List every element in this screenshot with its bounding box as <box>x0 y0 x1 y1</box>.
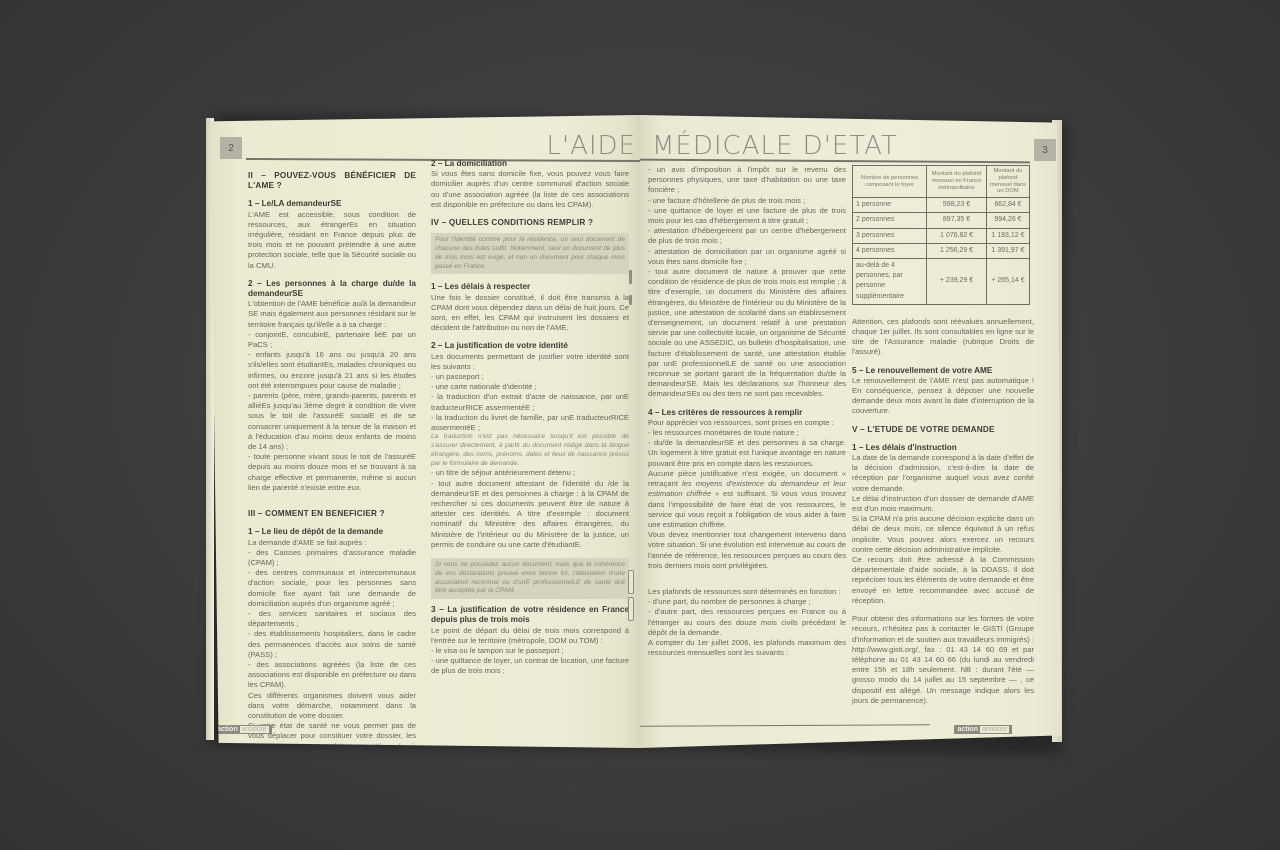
brand-name: action <box>217 726 238 733</box>
section-heading-iii: III – COMMENT EN BENEFICIER ? <box>248 509 416 519</box>
subheading: 1 – Les délais d'instruction <box>852 443 1034 453</box>
table-cell: 1 193,12 € <box>986 228 1029 243</box>
staple <box>628 597 634 621</box>
brand-suffix: antidote <box>240 726 269 733</box>
paragraph: Attention, ces plafonds sont réévalués a… <box>852 317 1034 358</box>
page-number-right: 3 <box>1034 139 1056 161</box>
income-ceiling-table: Nombre de personnes composant le foyer M… <box>852 165 1030 305</box>
subheading: 1 – Le/LA demandeurSE <box>248 199 416 209</box>
header-rule <box>640 159 1030 164</box>
list-item: - le visa ou le tampon sur le passeport … <box>431 646 629 656</box>
brand-suffix: antidote <box>980 726 1009 733</box>
paragraph: Pour obtenir des informations sur les fo… <box>852 614 1034 706</box>
table-header-row: Nombre de personnes composant le foyer M… <box>853 166 1030 198</box>
section-heading-v: V – L'ETUDE DE VOTRE DEMANDE <box>852 425 1034 435</box>
table-row: au-delà de 4 personnes, par personne sup… <box>853 259 1030 305</box>
footer-rule <box>640 724 930 727</box>
column-header: Nombre de personnes composant le foyer <box>853 166 927 198</box>
gutter-mark <box>629 295 632 305</box>
list-item: - des établissements hospitaliers, dans … <box>248 629 416 660</box>
paragraph: Le point de départ du délai de trois moi… <box>431 626 629 646</box>
subheading: 4 – Les critères de ressources à remplir <box>648 408 846 418</box>
table-cell: 994,26 € <box>986 213 1029 228</box>
footer-brand-right: actionantidote <box>954 725 1012 734</box>
paragraph: Aucune pièce justificative n'est exigée,… <box>648 469 846 530</box>
list-item: - des services sanitaires et sociaux des… <box>248 609 416 629</box>
paragraph: Pour apprécier vos ressources, sont pris… <box>648 418 846 428</box>
paragraph: Les plafonds de ressources sont détermin… <box>648 587 846 597</box>
subheading: 2 – La domiciliation <box>431 159 629 169</box>
paragraph: La demande d'AME se fait auprès : <box>248 538 416 548</box>
right-column-1: - un avis d'imposition à l'impôt sur le … <box>648 165 846 658</box>
table-cell: 662,84 € <box>986 198 1029 213</box>
list-item: - attestation de domiciliation par un or… <box>648 247 846 267</box>
table-cell: + 239,29 € <box>927 259 987 305</box>
staple <box>628 570 634 594</box>
gutter-mark <box>629 270 632 284</box>
subheading: 1 – Le lieu de dépôt de la demande <box>248 527 416 537</box>
list-item: - une facture d'hôtellerie de plus de tr… <box>648 196 846 206</box>
list-item: - des Caisses primaires d'assurance mala… <box>248 548 416 568</box>
subheading: 3 – La justification de votre résidence … <box>431 605 629 625</box>
paragraph: A compter du 1er juillet 2006, les plafo… <box>648 638 846 658</box>
table-cell: 3 personnes <box>853 228 927 243</box>
paragraph: Une fois le dossier constitué, il doit ê… <box>431 293 629 334</box>
info-note: La traduction n'est pas nécessaire lorsq… <box>431 433 629 468</box>
list-item: - une carte nationale d'identité ; <box>431 382 629 392</box>
left-page: 2 L'AIDE II – POUVEZ-VOUS BÉNÉFICIER DE … <box>210 115 640 748</box>
list-item: - enfants jusqu'à 16 ans ou jusqu'à 20 a… <box>248 350 416 391</box>
table-cell: au-delà de 4 personnes, par personne sup… <box>853 259 927 305</box>
list-item: - des associations agréées (la liste de … <box>248 660 416 691</box>
info-note: Si vous ne possédez aucun document, mais… <box>431 558 629 599</box>
section-heading-iv: IV – QUELLES CONDITIONS REMPLIR ? <box>431 218 629 228</box>
paragraph: La date de la demande correspond à la da… <box>852 453 1034 494</box>
left-column-2: 2 – La domiciliation Si vous êtes sans d… <box>431 159 629 677</box>
list-item: - des centres communaux et intercommunau… <box>248 568 416 609</box>
left-column-1: II – POUVEZ-VOUS BÉNÉFICIER DE L'AME ? 1… <box>248 163 416 748</box>
table-cell: 598,23 € <box>927 198 987 213</box>
right-column-2: Nombre de personnes composant le foyer M… <box>852 165 1034 706</box>
table-cell: 4 personnes <box>853 243 927 258</box>
table-row: 2 personnes 897,35 € 994,26 € <box>853 213 1030 228</box>
table-row: 4 personnes 1 256,29 € 1 391,97 € <box>853 243 1030 258</box>
table-row: 1 personne 598,23 € 662,84 € <box>853 198 1030 213</box>
paragraph: Vous devez mentionner tout changement in… <box>648 530 846 571</box>
table-cell: 1 076,82 € <box>927 228 987 243</box>
list-item: - une quittance de loyer, un contrat de … <box>431 656 629 676</box>
table-cell: 897,35 € <box>927 213 987 228</box>
paragraph: Le délai d'instruction d'un dossier de d… <box>852 494 1034 514</box>
info-note: Pour l'identité comme pour la résidence,… <box>431 233 629 274</box>
table-cell: 1 personne <box>853 198 927 213</box>
table-cell: 2 personnes <box>853 213 927 228</box>
section-heading-ii: II – POUVEZ-VOUS BÉNÉFICIER DE L'AME ? <box>248 171 416 191</box>
table-cell: + 265,14 € <box>986 259 1029 305</box>
paragraph: Ce recours doit être adressé à la Commis… <box>852 555 1034 606</box>
subheading: 5 – Le renouvellement de votre AME <box>852 366 1034 376</box>
list-item: - tout autre document de nature à prouve… <box>648 267 846 400</box>
list-item: - d'une part, du nombre de personnes à c… <box>648 597 846 607</box>
running-title-left: L'AIDE <box>546 131 636 161</box>
list-item: - attestation d'hébergement par un centr… <box>648 226 846 246</box>
table-row: 3 personnes 1 076,82 € 1 193,12 € <box>853 228 1030 243</box>
list-item: - tout autre document attestant de l'ide… <box>431 479 629 550</box>
list-item: - la traduction du livret de famille, pa… <box>431 413 629 433</box>
list-item: - la traduction d'un extrait d'acte de n… <box>431 392 629 412</box>
footer-brand-left: actionantidote <box>214 725 272 734</box>
list-item: - d'autre part, des ressources perçues e… <box>648 607 846 638</box>
paragraph: Si la CPAM n'a pris aucune décision expl… <box>852 514 1034 555</box>
page-number-left: 2 <box>220 137 242 159</box>
paragraph: Si vous êtes sans domicile fixe, vous po… <box>431 169 629 210</box>
subheading: 2 – La justification de votre identité <box>431 341 629 351</box>
table-cell: 1 256,29 € <box>927 243 987 258</box>
right-page: MÉDICALE D'ETAT 3 - un avis d'imposition… <box>640 115 1070 748</box>
paragraph: Les documents permettant de justifier vo… <box>431 352 629 372</box>
list-item: - toute personne vivant sous le toit de … <box>248 452 416 493</box>
list-item: - les ressources monétaires de toute nat… <box>648 428 846 438</box>
column-header: Montant du plafond mensuel dans un DOM <box>986 166 1029 198</box>
list-item: - du/de la demandeurSE et des personnes … <box>648 438 846 469</box>
subheading: 2 – Les personnes à la charge du/de la d… <box>248 279 416 299</box>
list-item: - une quittance de loyer et une facture … <box>648 206 846 226</box>
list-item: - un titre de séjour antérieurement déte… <box>431 468 629 478</box>
list-item: - un avis d'imposition à l'impôt sur le … <box>648 165 846 196</box>
brand-name: action <box>957 726 978 733</box>
paragraph: Le renouvellement de l'AME n'est pas aut… <box>852 376 1034 417</box>
list-item: - conjointE, concubinE, partenaire liéE … <box>248 330 416 350</box>
paragraph: Ces différents organismes doivent vous a… <box>248 691 416 722</box>
column-header: Montant du plafond mensuel en France mét… <box>927 166 987 198</box>
paragraph: L'AME est accessible, sous condition de … <box>248 210 416 271</box>
paragraph: L'obtention de l'AME bénéficie au/à la d… <box>248 299 416 330</box>
table-cell: 1 391,97 € <box>986 243 1029 258</box>
running-title-right: MÉDICALE D'ETAT <box>652 131 898 161</box>
list-item: - un passeport ; <box>431 372 629 382</box>
list-item: - parents (père, mère, grands-parents, p… <box>248 391 416 452</box>
subheading: 1 – Les délais à respecter <box>431 282 629 292</box>
